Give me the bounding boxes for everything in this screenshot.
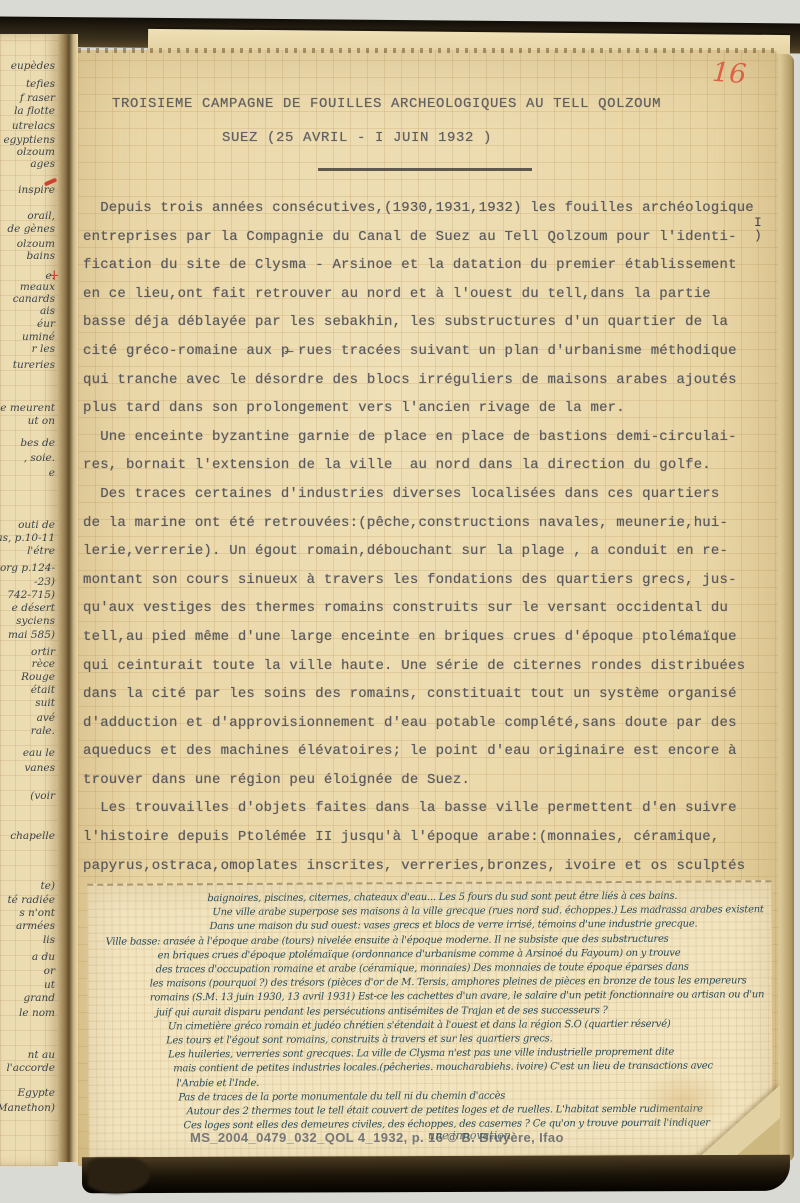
handwritten-note-line: Les tours et l'égout sont romains, const…: [166, 1033, 552, 1046]
margin-note-fragment: mai 585): [8, 629, 55, 641]
margin-note-fragment: tefies: [26, 78, 55, 90]
handwritten-note-line: baignoires, piscines, citernes, chateaux…: [207, 891, 677, 904]
margin-note-fragment: avé: [37, 712, 55, 724]
margin-note-fragment: -23): [34, 576, 55, 588]
margin-note-fragment: e: [49, 467, 55, 479]
margin-note-fragment: tureries: [13, 359, 55, 371]
margin-note-fragment: olzoum: [17, 146, 55, 158]
handwritten-note-line: Dans une maison du sud ouest: vases grec…: [209, 919, 697, 933]
margin-note-fragment: canards: [13, 293, 55, 305]
handwritten-note-line: Pas de traces de la porte monumentale du…: [178, 1091, 505, 1104]
handwritten-note-line: Ville basse: arasée à l'époque arabe (to…: [106, 934, 669, 948]
margin-note-fragment: ut on: [28, 415, 55, 427]
page-number: 16: [711, 57, 747, 90]
margin-note-fragment: , soie.: [24, 452, 55, 464]
handwritten-note-line: Les huileries, verreries sont grecques. …: [168, 1047, 674, 1061]
margin-note-fragment: meaux: [20, 281, 55, 293]
margin-note-fragment: (Georg p.124-: [0, 562, 55, 574]
document-photo: + eupèdes tefies f raser la flotte utrel…: [0, 0, 800, 1203]
margin-note-fragment: bes de: [20, 437, 55, 449]
margin-note-fragment: Rouge: [21, 671, 55, 683]
handwritten-note-line: Autour des 2 thermes tout le tell était …: [186, 1104, 702, 1118]
handwritten-note-line: romains (S.M. 13 juin 1930, 13 avril 193…: [150, 989, 764, 1003]
handwritten-note-line: l'Arabie et l'Inde.: [176, 1078, 259, 1089]
margin-note-fragment: ages: [30, 158, 55, 170]
margin-note-fragment: s n'ont: [19, 907, 55, 919]
title-underline: [318, 168, 532, 171]
margin-note-fragment: a du: [32, 951, 55, 963]
handwritten-note-line: mais contient de petites industries loca…: [173, 1061, 713, 1075]
margin-note-fragment: ortir: [31, 646, 55, 658]
margin-note-fragment: utrelacs: [12, 120, 55, 132]
margin-note-fragment: 742-715): [7, 589, 55, 601]
margin-note-fragment: l'étre: [27, 545, 55, 557]
margin-note-fragment: rèce: [32, 658, 55, 670]
margin-note-fragment: éur: [37, 318, 55, 330]
margin-annotation: I ): [754, 216, 762, 242]
margin-note-fragment: la flotte: [14, 105, 55, 117]
margin-note-fragment: outi de: [18, 519, 55, 531]
margin-note-fragment: ut: [44, 979, 55, 991]
margin-note-fragment: Egypte: [18, 1087, 55, 1099]
handwritten-note-line: Une ville arabe superpose ses maisons à …: [212, 904, 763, 918]
handwritten-note-line: en briques crues d'époque ptolémaïque (o…: [158, 948, 681, 962]
margin-note-fragment: armées: [16, 920, 55, 932]
archive-id: MS_2004_0479_032_QOL 4_1932, p. 16: [190, 1130, 443, 1145]
margin-note-fragment: e désert: [12, 602, 55, 614]
archive-watermark: MS_2004_0479_032_QOL 4_1932, p. 16 © B. …: [190, 1130, 564, 1145]
margin-note-fragment: e meurent: [0, 402, 55, 414]
margin-note-fragment: de gènes: [7, 223, 55, 235]
margin-note-fragment: vanes: [24, 762, 55, 774]
previous-page-margin: + eupèdes tefies f raser la flotte utrel…: [0, 34, 58, 1166]
margin-note-fragment: (voir: [30, 790, 55, 802]
margin-note-fragment: as, p.10-11: [0, 532, 55, 544]
margin-note-fragment: eupèdes: [11, 60, 55, 72]
margin-note-fragment: eau le: [23, 747, 55, 759]
handwritten-note-line: Un cimetière gréco romain et judéo chrét…: [168, 1019, 671, 1033]
margin-note-fragment: l'accorde: [6, 1062, 55, 1074]
handwriting-overlap: une innovation: [428, 1129, 511, 1142]
margin-note-fragment: r les: [32, 343, 55, 355]
margin-note-fragment: or: [44, 965, 55, 977]
binding-threads: [88, 1158, 158, 1198]
binding-gutter: [58, 34, 78, 1162]
margin-note-fragment: chapelle: [10, 830, 55, 842]
margin-note-fragment: ais: [40, 305, 55, 317]
margin-note-fragment: té radiée: [7, 894, 55, 906]
margin-note-fragment: egyptiens: [3, 134, 55, 146]
margin-note-fragment: le nom: [19, 1007, 55, 1019]
margin-note-fragment: bains: [27, 250, 56, 262]
handwritten-note-line: les maisons (pourquoi ?) des trésors (pi…: [150, 975, 747, 989]
typed-text-body: Depuis trois années consécutives,(1930,1…: [83, 194, 754, 880]
document-title: TROISIEME CAMPAGNE DE FOUILLES ARCHEOLOG…: [112, 96, 661, 112]
margin-note-fragment: inspire: [18, 184, 55, 196]
notebook-page: 16 TROISIEME CAMPAGNE DE FOUILLES ARCHEO…: [78, 50, 778, 1166]
margin-note-fragment: f raser: [20, 92, 55, 104]
margin-note-fragment: syciens: [16, 615, 55, 627]
margin-note-fragment: te): [40, 880, 55, 892]
margin-note-fragment: grand: [24, 992, 56, 1004]
margin-note-fragment: uminé: [22, 331, 55, 343]
document-subtitle: SUEZ (25 AVRIL - I JUIN 1932 ): [222, 130, 492, 146]
handwritten-note-line: des traces d'occupation romaine et arabe…: [156, 962, 689, 976]
margin-note-fragment: lis: [43, 934, 55, 946]
margin-note-fragment: a (Manethon): [0, 1102, 55, 1114]
book-bottom-edge: [82, 1155, 790, 1193]
margin-note-fragment: rale.: [31, 725, 55, 737]
margin-note-fragment: orail,: [27, 210, 55, 222]
margin-note-fragment: olzoum: [17, 238, 55, 250]
handwritten-note-line: juif qui aurait disparu pendant les pers…: [156, 1005, 608, 1018]
margin-note-fragment: nt au: [28, 1049, 55, 1061]
margin-note-fragment: suit: [35, 697, 55, 709]
margin-note-fragment: était: [31, 684, 55, 696]
